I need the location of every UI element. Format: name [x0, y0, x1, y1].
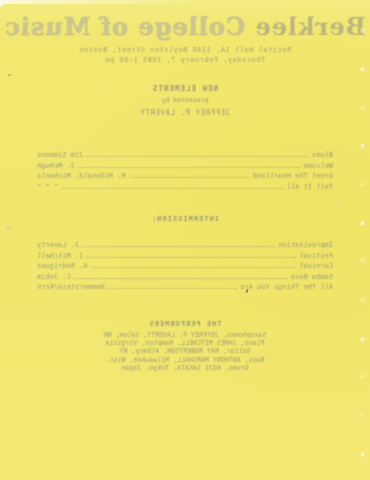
punch-hole — [360, 297, 365, 302]
punch-hole — [360, 28, 365, 33]
mirrored-ghost-text-layer: Berklee College of Music Recital Hall 1A… — [0, 0, 370, 480]
program-row: Festival J. Mitchell — [37, 249, 333, 259]
presented-by-label: presented by — [0, 96, 370, 104]
program-row-credit: R. McDonald, Michaels — [37, 172, 126, 180]
program-row: Welcome J. McHugh — [37, 159, 333, 169]
program-row-title: Samba Nova — [291, 273, 333, 281]
date-line: Thursday, February 7, 1985 1:00 pm — [0, 56, 370, 64]
punch-hole — [360, 105, 365, 110]
punch-hole — [360, 258, 365, 263]
program-list-second-half: Improvisation J. Laverty Festival J. Mit… — [37, 239, 333, 291]
performers-heading: THE PERFORMERS — [0, 320, 370, 328]
dot-leader — [86, 156, 309, 157]
logo-brand-text: Berklee — [254, 12, 365, 41]
punch-hole — [360, 143, 365, 148]
performer-line: Bass, ANTHONY MARSHALL, Milwaukee, Wisc. — [60, 356, 310, 364]
program-row-credit: Hammerstein/Kern — [37, 283, 104, 291]
dot-leader — [129, 177, 250, 178]
logo-rest-text: College of Music — [4, 12, 254, 41]
program-row: Improvisation J. Laverty — [37, 239, 333, 249]
program-row-title: Tell It All — [287, 183, 333, 191]
intermission-label: INTERMISSION: — [0, 215, 370, 223]
performers-list: Saxophones, JEFFREY P. LAVERTY, Salem, N… — [60, 331, 310, 372]
program-row-title: Welcome — [303, 162, 333, 170]
performer-line: Drums, KOJI SAKATA, Tokyo, Japan — [60, 364, 310, 372]
punch-hole — [360, 182, 365, 187]
program-row-credit: J. McHugh — [37, 162, 75, 170]
punch-hole — [360, 67, 365, 72]
dot-leader — [82, 246, 275, 247]
program-row-title: Festival — [299, 252, 333, 260]
dot-leader — [78, 167, 301, 168]
punch-hole — [360, 337, 365, 342]
dot-leader — [61, 188, 284, 189]
performer-line: Piano, JAMES MITCHELL, Hampton, Virginia — [60, 339, 310, 347]
punch-hole — [360, 221, 365, 226]
paper-smudge — [6, 226, 12, 229]
scanned-paper-page: Berklee College of Music Recital Hall 1A… — [0, 0, 370, 480]
performer-line: Guitar, RAY ROBERTSON, Albany, NY — [60, 347, 310, 355]
program-row: Samba Nova C. Jobim — [37, 270, 333, 280]
punch-hole — [360, 452, 365, 457]
program-row: All The Things You Are Hammerstein/Kern — [37, 281, 333, 291]
program-row-credit: " " " — [37, 183, 58, 191]
punch-hole — [360, 374, 365, 379]
program-row-title: Greet The Heartland — [253, 172, 333, 180]
program-row-credit: J. Mitchell — [37, 252, 83, 260]
program-row: Tell It All " " " — [37, 180, 333, 190]
program-row-title: Carnival — [299, 262, 333, 270]
program-row: Carnival A. Rodriguez — [37, 260, 333, 270]
punch-hole — [360, 413, 365, 418]
dot-leader — [86, 257, 296, 258]
program-row: Greet The Heartland R. McDonald, Michael… — [37, 170, 333, 180]
program-list-first-half: Blues Jim Simmons Welcome J. McHugh Gree… — [37, 149, 333, 191]
program-row-title: Improvisation — [278, 241, 333, 249]
ink-speck — [49, 256, 51, 258]
program-row-title: All The Things You Are — [240, 283, 333, 291]
presenter-name: JEFFREY P. LAVERTY — [0, 108, 370, 117]
program-row-credit: J. Laverty — [37, 241, 79, 249]
dot-leader — [107, 288, 237, 289]
program-row-credit: C. Jobim — [37, 273, 71, 281]
dot-leader — [91, 267, 297, 268]
program-row-credit: A. Rodriguez — [37, 262, 88, 270]
program-row-credit: Jim Simmons — [37, 151, 83, 159]
dot-leader — [74, 278, 288, 279]
program-row: Blues Jim Simmons — [37, 149, 333, 159]
program-row-title: Blues — [312, 151, 333, 159]
recital-title: NEW ELEMENTS — [0, 84, 370, 93]
ink-speck — [8, 74, 11, 76]
performer-line: Saxophones, JEFFREY P. LAVERTY, Salem, N… — [60, 331, 310, 339]
venue-line: Recital Hall 1A, 1140 Boylston Street, B… — [0, 46, 370, 54]
berklee-logo-ghost: Berklee College of Music — [0, 12, 370, 41]
